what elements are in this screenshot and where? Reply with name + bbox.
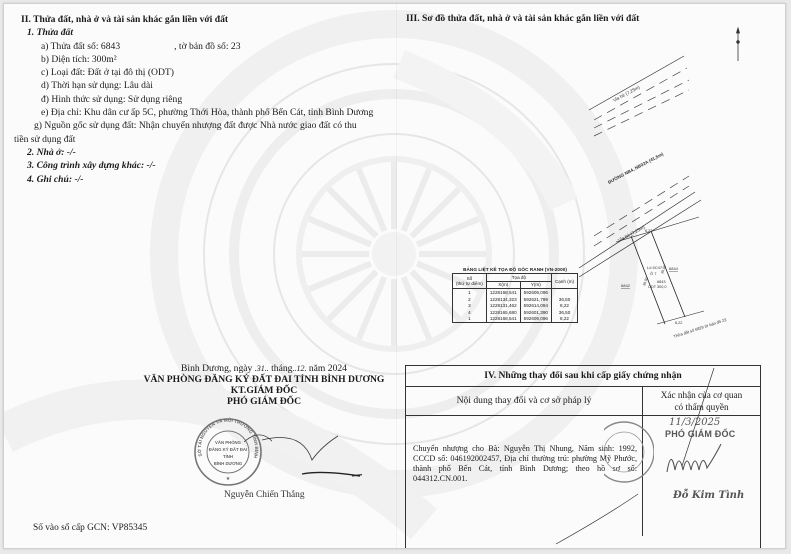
issuer-signer-name: Nguyễn Chiến Thắng	[224, 490, 305, 500]
role-line-1: KT.GIÁM ĐỐC	[124, 385, 404, 396]
coordinate-row: 11228168,541592609,0968,22	[453, 316, 578, 323]
svg-text:Vỉa hè (7,25m): Vỉa hè (7,25m)	[612, 83, 641, 102]
svg-text:6844: 6844	[669, 266, 679, 271]
section-2-title: II. Thửa đất, nhà ở và tài sản khác gắn …	[21, 13, 391, 26]
coordinate-row: 31228131,462592614,0948,22	[453, 302, 578, 309]
col-point: Số (thứ tự điểm)	[453, 274, 487, 289]
usage-term: d) Thời hạn sử dụng: Lâu dài	[21, 79, 391, 92]
svg-text:8,22: 8,22	[675, 321, 682, 325]
coordinate-row: 41228165,680592601,39036,50	[453, 309, 578, 316]
coordinate-row: 21228134,323592621,79936,50	[453, 296, 578, 303]
area: b) Diện tích: 300m²	[21, 53, 391, 66]
other-works: 3. Công trình xây dựng khác: -/-	[21, 159, 391, 172]
svg-text:Vỉa hè (7,25m): Vỉa hè (7,25m)	[617, 223, 646, 242]
gcn-registry-number: Số vào sổ cấp GCN: VP85345	[33, 523, 147, 533]
svg-text:★: ★	[226, 476, 231, 482]
coordinate-table: BẢNG LIỆT KÊ TỌA ĐỘ GÓC RANH (VN-2000) S…	[452, 267, 578, 323]
map-label: , tờ bản đồ số:	[174, 41, 228, 52]
col-y: Y(m)	[520, 281, 551, 289]
land-origin: g) Nguồn gốc sử dụng đất: Nhận chuyển nh…	[14, 119, 359, 146]
issuer-signature-block: Bình Dương, ngày .31.. tháng..12. năm 20…	[124, 363, 404, 407]
usage-form: đ) Hình thức sử dụng: Sử dụng riêng	[21, 93, 391, 106]
col-edge: Cạnh (m)	[551, 274, 577, 289]
svg-text:6842: 6842	[621, 283, 631, 288]
svg-text:Ô 7: Ô 7	[650, 271, 657, 276]
svg-text:ODT: ODT	[648, 285, 657, 289]
cancel-slash-icon	[406, 366, 762, 549]
changes-table: IV. Những thay đổi sau khi cấp giấy chứn…	[405, 365, 761, 549]
svg-text:VĂN PHÒNG: VĂN PHÒNG	[215, 440, 242, 445]
fold-line	[396, 4, 397, 548]
issuing-office: VĂN PHÒNG ĐĂNG KÝ ĐẤT ĐAI TỈNH BÌNH DƯƠN…	[124, 374, 404, 385]
address: e) Địa chỉ: Khu dân cư ấp 5C, phường Thớ…	[21, 106, 391, 119]
issue-date: Bình Dương, ngày .31.. tháng..12. năm 20…	[124, 363, 404, 374]
svg-text:300,0: 300,0	[657, 285, 667, 289]
map-number: 23	[231, 41, 241, 52]
north-arrow-icon	[737, 28, 740, 61]
parcel-label: a) Thửa đất số:	[41, 41, 99, 52]
svg-text:TỈNH: TỈNH	[223, 454, 233, 459]
section-3-title: III. Sơ đồ thửa đất, nhà ở và tài sản kh…	[406, 13, 639, 24]
svg-text:8,22: 8,22	[645, 229, 652, 233]
house-info: 2. Nhà ở: -/-	[21, 146, 391, 159]
notes: 4. Ghi chú: -/-	[21, 173, 391, 186]
svg-text:BÌNH DƯƠNG: BÌNH DƯƠNG	[214, 461, 243, 466]
parcel-line: a) Thửa đất số: 6843, tờ bản đồ số: 23	[21, 40, 391, 53]
svg-text:6843: 6843	[657, 280, 665, 284]
land-type: c) Loại đất: Đất ở tại đô thị (ODT)	[21, 66, 391, 79]
certificate-page: II. Thửa đất, nhà ở và tài sản khác gắn …	[3, 3, 786, 549]
land-heading: 1. Thửa đất	[21, 26, 391, 39]
section-land-info: II. Thửa đất, nhà ở và tài sản khác gắn …	[21, 13, 391, 186]
parcel-number: 6843	[101, 41, 120, 52]
confirm-stamp-icon	[604, 417, 654, 487]
signature-stroke-icon	[242, 432, 362, 482]
col-coord: Tọa độ	[486, 274, 551, 282]
coordinate-table-caption: BẢNG LIỆT KÊ TỌA ĐỘ GÓC RANH (VN-2000)	[452, 267, 578, 272]
coordinate-row: 11228168,541592609,096	[453, 289, 578, 296]
svg-text:ĐƯỜNG NB4, NB02A (41,5m): ĐƯỜNG NB4, NB02A (41,5m)	[606, 149, 664, 184]
col-x: X(m)	[486, 281, 520, 289]
role-line-2: PHÓ GIÁM ĐỐC	[124, 396, 404, 407]
